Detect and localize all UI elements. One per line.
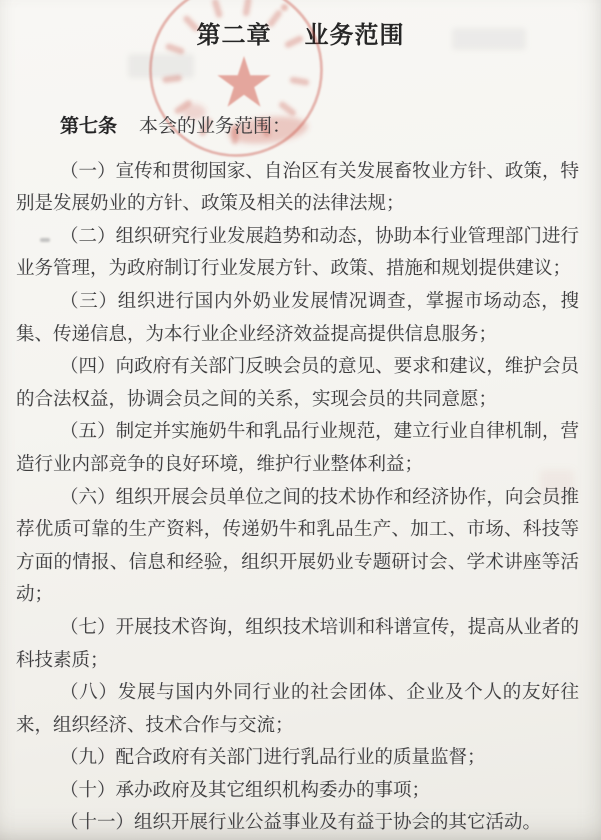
chapter-heading: 第二章业务范围 xyxy=(0,0,601,49)
article-item-6: （六）组织开展会员单位之间的技术协作和经济协作，向会员推荐优质可靠的生产资料，传… xyxy=(16,482,579,612)
bleed-through-mark xyxy=(128,54,194,78)
article-item-7: （七）开展技术咨询，组织技术培训和科谱宣传，提高从业者的科技素质； xyxy=(16,612,579,677)
article-item-1: （一）宣传和贯彻国家、自治区有关发展畜牧业方针、政策，特别是发展奶业的方针、政策… xyxy=(16,156,579,221)
article-item-5: （五）制定并实施奶牛和乳品行业规范，建立行业自律机制，营造行业内部竞争的良好环境… xyxy=(16,416,579,481)
article-item-3: （三）组织进行国内外奶业发展情况调查，掌握市场动态，搜集、传递信息，为本行业企业… xyxy=(16,286,579,351)
document-page: 第二章业务范围 第七条本会的业务范围： （一）宣传和贯彻国家、自治区有关发展畜牧… xyxy=(0,0,601,840)
article-item-8: （八）发展与国内外同行业的社会团体、企业及个人的友好往来，组织经济、技术合作与交… xyxy=(16,677,579,742)
article-intro: 本会的业务范围： xyxy=(139,116,291,137)
article-heading: 第七条本会的业务范围： xyxy=(16,111,579,144)
document-body: 第七条本会的业务范围： （一）宣传和贯彻国家、自治区有关发展畜牧业方针、政策，特… xyxy=(16,111,579,840)
article-item-4: （四）向政府有关部门反映会员的意见、要求和建议，维护会员的合法权益，协调会员之间… xyxy=(16,351,579,416)
article-item-11: （十一）组织开展行业公益事业及有益于协会的其它活动。 xyxy=(16,807,579,840)
article-item-2: （二）组织研究行业发展趋势和动态，协助本行业管理部门进行业务管理，为政府制订行业… xyxy=(16,221,579,286)
chapter-title: 业务范围 xyxy=(305,23,405,49)
star-icon xyxy=(217,56,270,107)
article-item-10: （十）承办政府及其它组织机构委办的事项； xyxy=(16,775,579,808)
article-item-9: （九）配合政府有关部门进行乳品行业的质量监督； xyxy=(16,742,579,775)
article-number: 第七条 xyxy=(60,116,117,137)
chapter-number: 第二章 xyxy=(197,23,272,49)
